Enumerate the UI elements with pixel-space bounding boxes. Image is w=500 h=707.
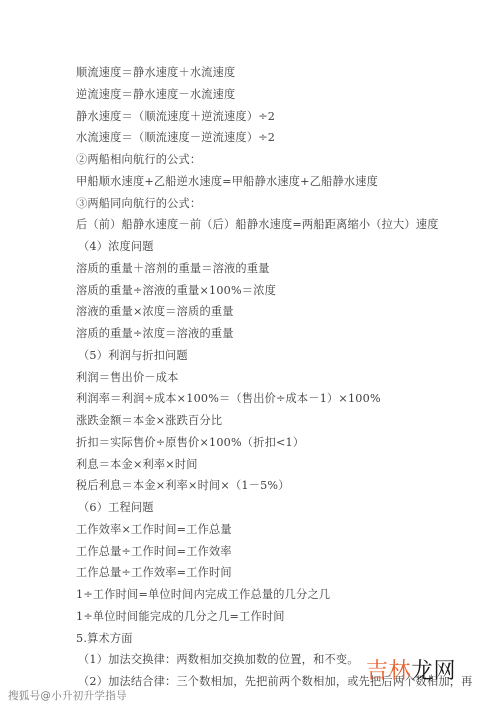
brand-logo-part2: 龙网 [411, 659, 456, 684]
formula-line: 静水速度＝（顺流速度＋逆流速度）÷2 [76, 106, 456, 128]
formula-line: 涨跌金额＝本金×涨跌百分比 [76, 410, 456, 432]
formula-line: 1÷单位时间能完成的几分之几=工作时间 [76, 606, 456, 628]
formula-line: 溶质的重量÷溶液的重量×100%＝浓度 [76, 280, 456, 302]
formula-line: 水流速度＝（顺流速度－逆流速度）÷2 [76, 127, 456, 149]
brand-logo-part1: 吉林 [366, 659, 411, 684]
section-heading: （6）工程问题 [76, 497, 456, 519]
section-heading: （4）浓度问题 [76, 236, 456, 258]
formula-line: 税后利息＝本金×利率×时间×（1－5%） [76, 475, 456, 497]
formula-line: 后（前）船静水速度－前（后）船静水速度=两船距离缩小（拉大）速度 [76, 214, 456, 236]
subheading-line: ③两船同向航行的公式： [76, 193, 456, 215]
document-body: 顺流速度＝静水速度＋水流速度 逆流速度＝静水速度－水流速度 静水速度＝（顺流速度… [76, 62, 456, 693]
formula-line: 逆流速度＝静水速度－水流速度 [76, 84, 456, 106]
formula-line: 利息＝本金×利率×时间 [76, 454, 456, 476]
formula-line: 溶液的重量×浓度＝溶质的重量 [76, 301, 456, 323]
formula-line: 工作效率×工作时间=工作总量 [76, 519, 456, 541]
formula-line: 工作总量÷工作效率=工作时间 [76, 562, 456, 584]
formula-line: 溶质的重量＋溶剂的重量＝溶液的重量 [76, 258, 456, 280]
brand-logo: 吉林龙网 [366, 657, 456, 687]
source-watermark: 搜狐号@小升初升学指导 [8, 688, 127, 703]
formula-line: 溶质的重量÷浓度＝溶液的重量 [76, 323, 456, 345]
formula-line: 利润＝售出价－成本 [76, 367, 456, 389]
formula-line: 折扣＝实际售价÷原售价×100%（折扣<1） [76, 432, 456, 454]
formula-line: 甲船顺水速度+乙船逆水速度=甲船静水速度+乙船静水速度 [76, 171, 456, 193]
formula-line: 1÷工作时间=单位时间内完成工作总量的几分之几 [76, 584, 456, 606]
section-heading: （5）利润与折扣问题 [76, 345, 456, 367]
main-heading: 5.算术方面 [76, 628, 456, 650]
subheading-line: ②两船相向航行的公式： [76, 149, 456, 171]
formula-line: 利润率＝利润÷成本×100%＝（售出价÷成本－1）×100% [76, 388, 456, 410]
formula-line: 工作总量÷工作时间=工作效率 [76, 541, 456, 563]
formula-line: 顺流速度＝静水速度＋水流速度 [76, 62, 456, 84]
